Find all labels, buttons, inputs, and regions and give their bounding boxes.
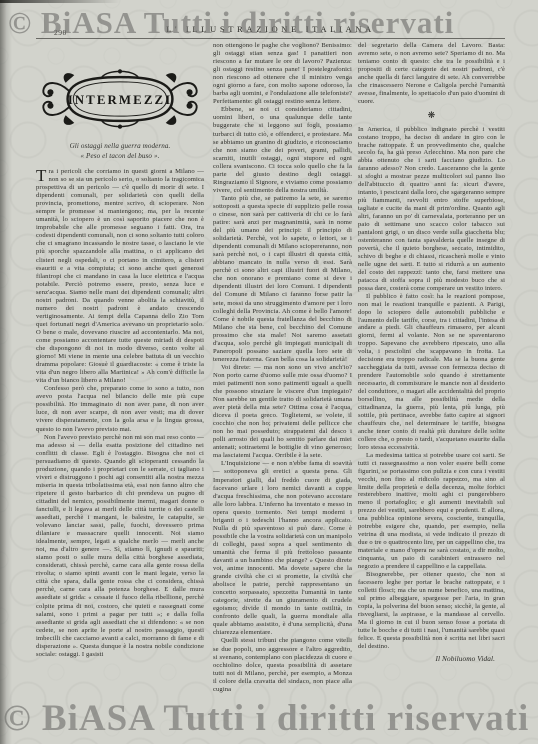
article-title: INTERMEZZI	[68, 93, 173, 107]
scan-edge-shadow	[0, 0, 12, 744]
paragraph: Confesso però che, preparato come io son…	[36, 385, 204, 433]
paragraph: L'Inquisizione — e non n'ebbe fama di so…	[213, 460, 352, 637]
intermezzi-ornament-cartouche: INTERMEZZI	[39, 62, 201, 136]
paragraph: Tra i pericoli che corriamo in questi gi…	[36, 168, 204, 385]
scanned-magazine-page: © BiASA Tutti i diritti riservati 290 L'…	[0, 0, 538, 744]
column-left: INTERMEZZI Gli ostaggi nella guerra mode…	[36, 60, 204, 712]
paragraph: Voi direte: — ma non sono un vivo anch'i…	[213, 364, 352, 461]
paragraph: Bisognerebbe, per ottener questo, che no…	[358, 571, 505, 651]
paragraph: Non l'avevo previsto perchè non mi son m…	[36, 434, 204, 659]
paragraph: Ebbene, se noi ci consideriamo cittadini…	[213, 106, 352, 195]
subtitle-line2: « Peso el tacon del buso ».	[36, 152, 204, 162]
drop-cap: T	[36, 168, 48, 183]
paragraph: Il pubblico è fatto così: ha le reazioni…	[358, 293, 505, 452]
article-subtitle: Gli ostaggi nella guerra moderna. « Peso…	[36, 142, 204, 161]
section-divider-ornament: ❋	[358, 111, 505, 121]
paragraph: Quelli stessi tribuni che piangono come …	[213, 637, 352, 693]
header-rule	[36, 38, 505, 39]
paragraph: non ottengono le paghe che vogliono? Ben…	[213, 42, 352, 106]
paragraph: Tanto più che, se patiremo la sete, se s…	[213, 195, 352, 364]
paragraph: In America, il pubblico indignato perchè…	[358, 126, 505, 293]
paragraph: La medesima tattica si potrebbe usare co…	[358, 452, 505, 571]
subtitle-line1: Gli ostaggi nella guerra moderna.	[36, 142, 204, 152]
paragraph-text: ra i pericoli che corriamo in questi gio…	[36, 168, 204, 384]
author-signature: Il Nobiluomo Vidal.	[358, 655, 505, 663]
scan-edge-top-mark	[0, 0, 120, 3]
running-head: 290 L' ILLUSTRAZIONE ITALIANA	[36, 24, 505, 38]
paragraph: del segretario della Camera del Lavoro. …	[358, 42, 505, 106]
column-right: del segretario della Camera del Lavoro. …	[358, 42, 505, 714]
journal-title: L' ILLUSTRAZIONE ITALIANA	[36, 24, 505, 34]
column-middle: non ottengono le paghe che vogliono? Ben…	[213, 42, 352, 712]
